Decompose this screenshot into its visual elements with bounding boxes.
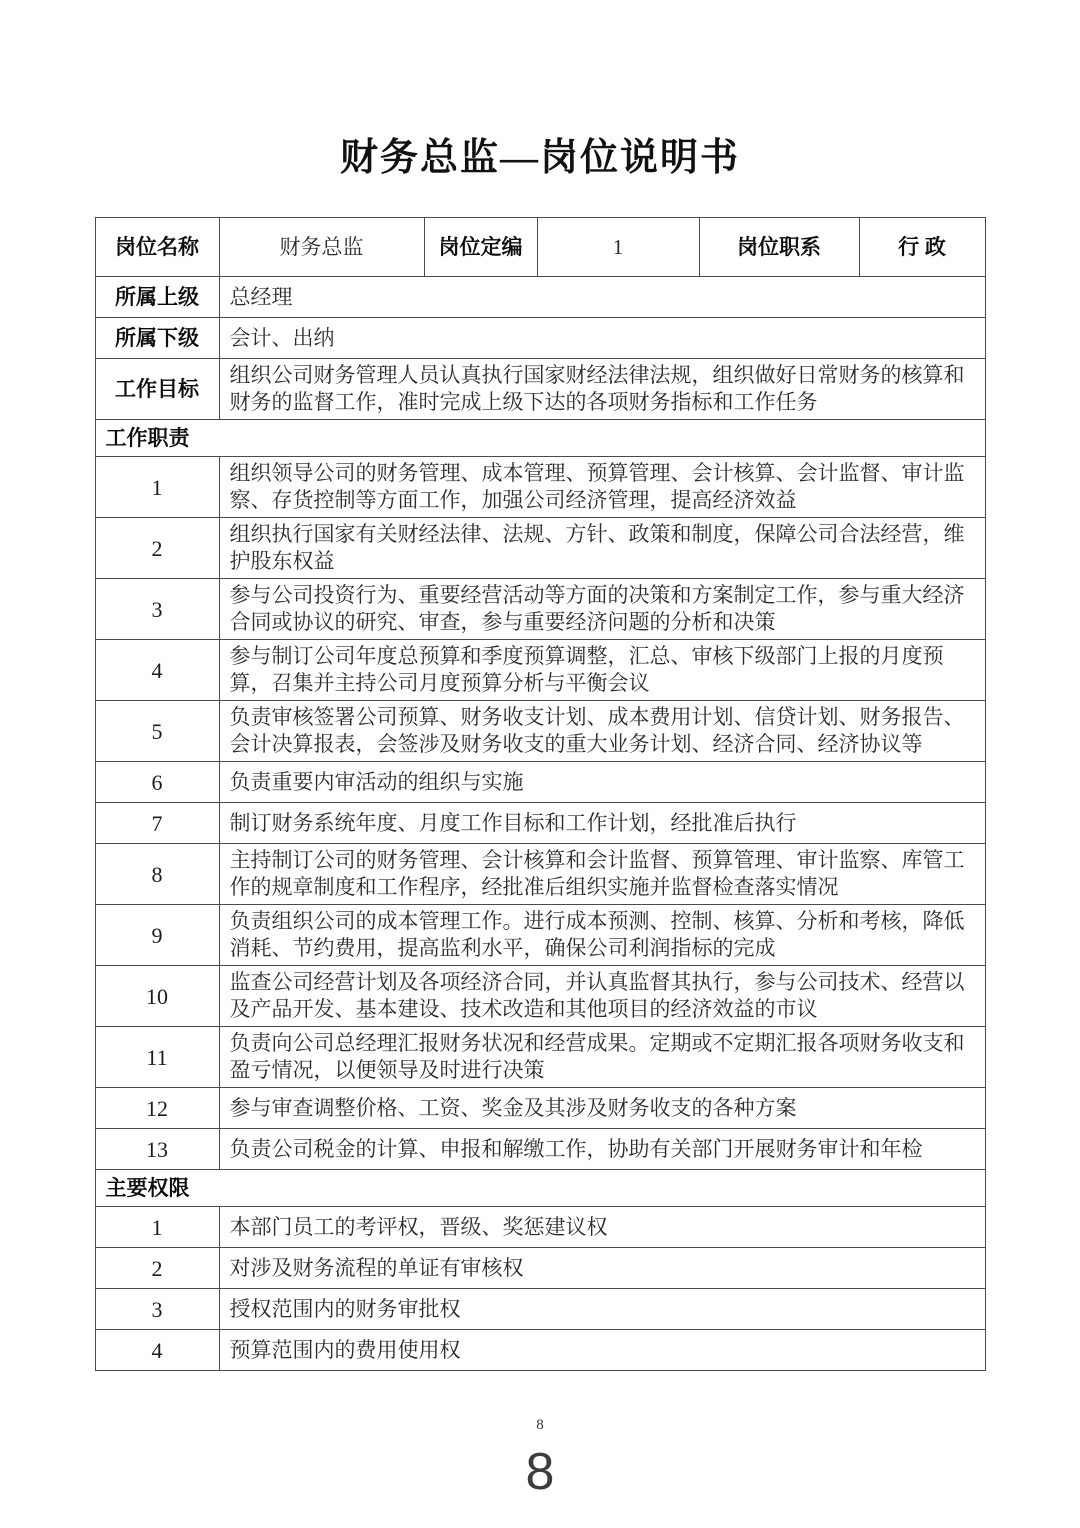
job-description-table: 岗位名称 财务总监 岗位定编 1 岗位职系 行 政 所属上级 总经理 所属下级 … xyxy=(95,217,986,1371)
responsibility-number: 13 xyxy=(95,1129,219,1170)
authority-row: 1 本部门员工的考评权，晋级、奖惩建议权 xyxy=(95,1207,985,1248)
authority-text: 授权范围内的财务审批权 xyxy=(219,1289,985,1330)
responsibility-row: 5 负责审核签署公司预算、财务收支计划、成本费用计划、信贷计划、财务报告、会计决… xyxy=(95,701,985,762)
responsibility-row: 8 主持制订公司的财务管理、会计核算和会计监督、预算管理、审计监察、库管工作的规… xyxy=(95,844,985,905)
authority-row: 4 预算范围内的费用使用权 xyxy=(95,1330,985,1371)
subordinates-row: 所属下级 会计、出纳 xyxy=(95,318,985,359)
responsibility-row: 9 负责组织公司的成本管理工作。进行成本预测、控制、核算、分析和考核，降低消耗、… xyxy=(95,905,985,966)
responsibility-number: 6 xyxy=(95,762,219,803)
responsibility-text: 制订财务系统年度、月度工作目标和工作计划，经批准后执行 xyxy=(219,803,985,844)
responsibility-text: 主持制订公司的财务管理、会计核算和会计监督、预算管理、审计监察、库管工作的规章制… xyxy=(219,844,985,905)
responsibility-number: 9 xyxy=(95,905,219,966)
authority-row: 2 对涉及财务流程的单证有审核权 xyxy=(95,1248,985,1289)
responsibility-text: 负责重要内审活动的组织与实施 xyxy=(219,762,985,803)
position-info-row: 岗位名称 财务总监 岗位定编 1 岗位职系 行 政 xyxy=(95,218,985,277)
position-name-value: 财务总监 xyxy=(219,218,424,277)
superior-label: 所属上级 xyxy=(95,277,219,318)
authority-number: 4 xyxy=(95,1330,219,1371)
responsibility-text: 参与审查调整价格、工资、奖金及其涉及财务收支的各种方案 xyxy=(219,1088,985,1129)
responsibility-number: 7 xyxy=(95,803,219,844)
authority-number: 3 xyxy=(95,1289,219,1330)
authority-text: 预算范围内的费用使用权 xyxy=(219,1330,985,1371)
responsibility-number: 4 xyxy=(95,640,219,701)
headcount-label: 岗位定编 xyxy=(424,218,537,277)
objective-row: 工作目标 组织公司财务管理人员认真执行国家财经法律法规，组织做好日常财务的核算和… xyxy=(95,359,985,420)
responsibility-row: 4 参与制订公司年度总预算和季度预算调整，汇总、审核下级部门上报的月度预算，召集… xyxy=(95,640,985,701)
responsibility-number: 3 xyxy=(95,579,219,640)
responsibility-text: 组织执行国家有关财经法律、法规、方针、政策和制度，保障公司合法经营，维护股东权益 xyxy=(219,518,985,579)
responsibility-row: 7 制订财务系统年度、月度工作目标和工作计划，经批准后执行 xyxy=(95,803,985,844)
responsibility-row: 1 组织领导公司的财务管理、成本管理、预算管理、会计核算、会计监督、审计监察、存… xyxy=(95,457,985,518)
responsibility-row: 3 参与公司投资行为、重要经营活动等方面的决策和方案制定工作，参与重大经济合同或… xyxy=(95,579,985,640)
responsibility-number: 5 xyxy=(95,701,219,762)
responsibility-text: 负责审核签署公司预算、财务收支计划、成本费用计划、信贷计划、财务报告、会计决算报… xyxy=(219,701,985,762)
job-family-label: 岗位职系 xyxy=(699,218,859,277)
responsibility-row: 12 参与审查调整价格、工资、奖金及其涉及财务收支的各种方案 xyxy=(95,1088,985,1129)
responsibility-number: 2 xyxy=(95,518,219,579)
responsibility-number: 8 xyxy=(95,844,219,905)
responsibility-text: 监查公司经营计划及各项经济合同，并认真监督其执行，参与公司技术、经营以及产品开发… xyxy=(219,966,985,1027)
responsibility-row: 6 负责重要内审活动的组织与实施 xyxy=(95,762,985,803)
page-number-large: 8 xyxy=(0,1442,1080,1502)
responsibility-text: 参与制订公司年度总预算和季度预算调整，汇总、审核下级部门上报的月度预算，召集并主… xyxy=(219,640,985,701)
responsibility-number: 1 xyxy=(95,457,219,518)
responsibility-text: 负责组织公司的成本管理工作。进行成本预测、控制、核算、分析和考核，降低消耗、节约… xyxy=(219,905,985,966)
job-family-value: 行 政 xyxy=(859,218,985,277)
objective-value: 组织公司财务管理人员认真执行国家财经法律法规，组织做好日常财务的核算和财务的监督… xyxy=(219,359,985,420)
authorities-section-row: 主要权限 xyxy=(95,1170,985,1207)
page-number-small: 8 xyxy=(0,1417,1080,1434)
responsibility-number: 11 xyxy=(95,1027,219,1088)
superior-value: 总经理 xyxy=(219,277,985,318)
position-name-label: 岗位名称 xyxy=(95,218,219,277)
authorities-section-label: 主要权限 xyxy=(95,1170,985,1207)
document-page: 财务总监—岗位说明书 岗位名称 财务总监 岗位定编 1 岗位职系 行 政 所属上… xyxy=(0,0,1080,1528)
responsibility-row: 11 负责向公司总经理汇报财务状况和经营成果。定期或不定期汇报各项财务收支和盈亏… xyxy=(95,1027,985,1088)
responsibilities-section-label: 工作职责 xyxy=(95,420,985,457)
page-title: 财务总监—岗位说明书 xyxy=(0,0,1080,181)
headcount-value: 1 xyxy=(537,218,699,277)
authority-text: 本部门员工的考评权，晋级、奖惩建议权 xyxy=(219,1207,985,1248)
responsibility-text: 负责公司税金的计算、申报和解缴工作，协助有关部门开展财务审计和年检 xyxy=(219,1129,985,1170)
responsibilities-section-row: 工作职责 xyxy=(95,420,985,457)
responsibility-number: 12 xyxy=(95,1088,219,1129)
authority-number: 2 xyxy=(95,1248,219,1289)
authority-text: 对涉及财务流程的单证有审核权 xyxy=(219,1248,985,1289)
responsibility-row: 2 组织执行国家有关财经法律、法规、方针、政策和制度，保障公司合法经营，维护股东… xyxy=(95,518,985,579)
superior-row: 所属上级 总经理 xyxy=(95,277,985,318)
responsibility-text: 参与公司投资行为、重要经营活动等方面的决策和方案制定工作，参与重大经济合同或协议… xyxy=(219,579,985,640)
subordinates-label: 所属下级 xyxy=(95,318,219,359)
authority-row: 3 授权范围内的财务审批权 xyxy=(95,1289,985,1330)
objective-label: 工作目标 xyxy=(95,359,219,420)
responsibility-text: 组织领导公司的财务管理、成本管理、预算管理、会计核算、会计监督、审计监察、存货控… xyxy=(219,457,985,518)
responsibility-number: 10 xyxy=(95,966,219,1027)
responsibility-text: 负责向公司总经理汇报财务状况和经营成果。定期或不定期汇报各项财务收支和盈亏情况，… xyxy=(219,1027,985,1088)
responsibility-row: 10 监查公司经营计划及各项经济合同，并认真监督其执行，参与公司技术、经营以及产… xyxy=(95,966,985,1027)
subordinates-value: 会计、出纳 xyxy=(219,318,985,359)
authority-number: 1 xyxy=(95,1207,219,1248)
responsibility-row: 13 负责公司税金的计算、申报和解缴工作，协助有关部门开展财务审计和年检 xyxy=(95,1129,985,1170)
